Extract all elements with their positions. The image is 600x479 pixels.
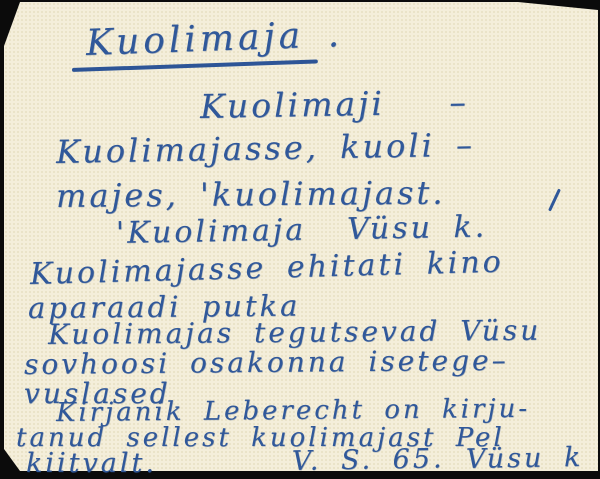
handwritten-line: Kirjanik Leberecht on kirju-	[56, 396, 530, 426]
handwritten-line: sovhoosi osakonna isetege–	[24, 347, 509, 379]
scan-corner-shadow-top-right	[518, 2, 598, 10]
closing-word: kiitvalt.	[26, 450, 157, 477]
handwritten-line: Kuolimaji –	[200, 85, 469, 123]
place-name: Vüsu k .	[466, 443, 600, 473]
handwritten-line: 'Kuolimaja Vüsu k.	[116, 213, 488, 249]
scanned-card-page: Kuolimaja . Kuolimaji – Kuolimajasse, ku…	[0, 0, 600, 479]
pen-stroke-mark	[548, 188, 561, 211]
card-title: Kuolimaja .	[85, 17, 343, 62]
index-card: Kuolimaja . Kuolimaji – Kuolimajasse, ku…	[4, 2, 598, 471]
handwritten-line: Kuolimajasse ehitati kino	[30, 248, 505, 290]
date-initials: V. S. 65.	[292, 445, 445, 475]
handwritten-line: majes, 'kuolimajast.	[56, 177, 446, 212]
scan-corner-shadow-top-left	[4, 2, 20, 46]
handwritten-line: Kuolimajasse, kuoli –	[56, 129, 475, 168]
